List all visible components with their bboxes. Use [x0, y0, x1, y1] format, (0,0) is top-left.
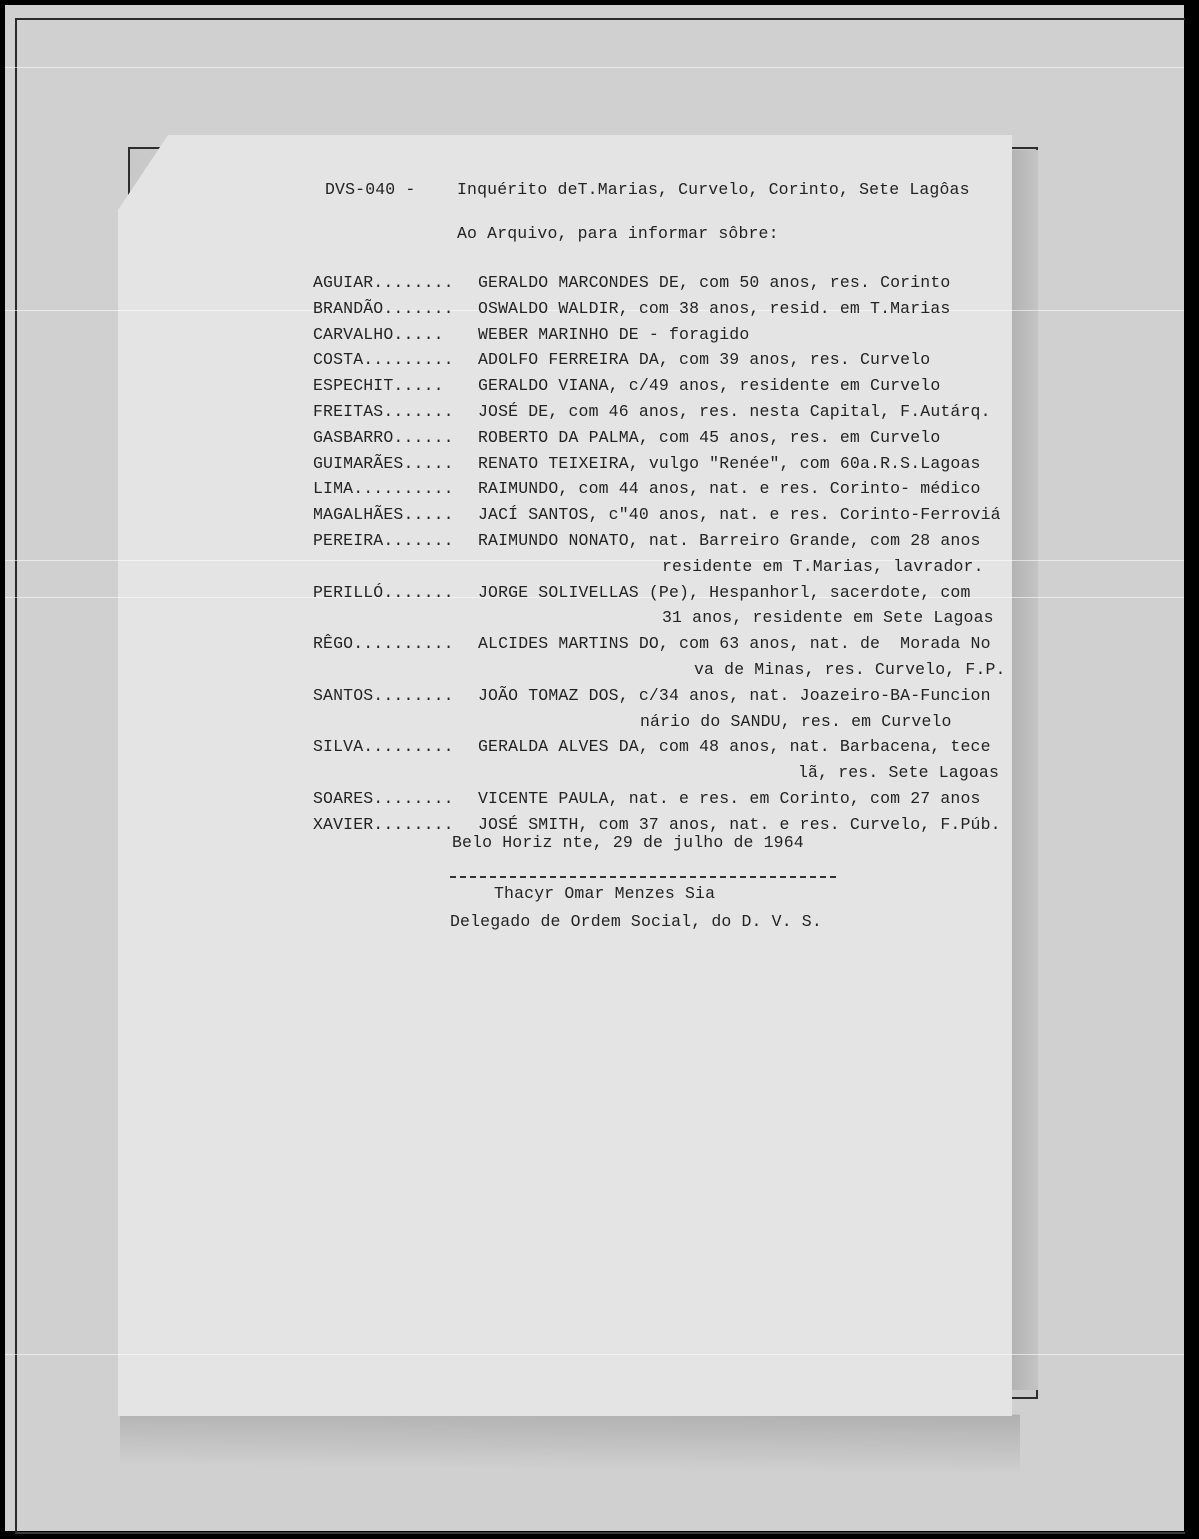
entry-details: RAIMUNDO, com 44 anos, nat. e res. Corin…: [478, 479, 981, 498]
entry-surname: COSTA.........: [313, 350, 454, 369]
document-code: DVS-040 -: [325, 180, 415, 199]
entry-surname: ESPECHIT.....: [313, 376, 444, 395]
entry-details: GERALDA ALVES DA, com 48 anos, nat. Barb…: [478, 737, 991, 756]
entry-details: ADOLFO FERREIRA DA, com 39 anos, res. Cu…: [478, 350, 930, 369]
entry-surname: FREITAS.......: [313, 402, 454, 421]
signer-name: Thacyr Omar Menzes Sia: [494, 884, 715, 903]
entry-surname: RÊGO..........: [313, 634, 454, 653]
entry-details: JOSÉ SMITH, com 37 anos, nat. e res. Cur…: [478, 815, 1001, 834]
entry-surname: AGUIAR........: [313, 273, 454, 292]
document-subject: Inquérito deT.Marias, Curvelo, Corinto, …: [457, 180, 970, 199]
entry-details: JACÍ SANTOS, c"40 anos, nat. e res. Cori…: [478, 505, 1001, 524]
entry-surname: LIMA..........: [313, 479, 454, 498]
entry-surname: MAGALHÃES.....: [313, 505, 454, 524]
entry-details: RAIMUNDO NONATO, nat. Barreiro Grande, c…: [478, 531, 981, 550]
entry-surname: GUIMARÃES.....: [313, 454, 454, 473]
entry-details: JORGE SOLIVELLAS (Pe), Hespanhorl, sacer…: [478, 583, 971, 602]
paper-shadow-right: [1010, 150, 1038, 1390]
entry-details: OSWALDO WALDIR, com 38 anos, resid. em T…: [478, 299, 950, 318]
entry-surname: SOARES........: [313, 789, 454, 808]
entry-surname: SILVA.........: [313, 737, 454, 756]
document-instruction: Ao Arquivo, para informar sôbre:: [457, 224, 779, 243]
entry-details-continued: residente em T.Marias, lavrador.: [662, 557, 984, 576]
entry-surname: BRANDÃO.......: [313, 299, 454, 318]
entry-surname: PERILLÓ.......: [313, 583, 454, 602]
place-and-date: Belo Horiz nte, 29 de julho de 1964: [452, 833, 804, 852]
entry-details-continued: nário do SANDU, res. em Curvelo: [640, 712, 952, 731]
entry-details: JOÃO TOMAZ DOS, c/34 anos, nat. Joazeiro…: [478, 686, 991, 705]
entry-details-continued: lã, res. Sete Lagoas: [798, 763, 999, 782]
entry-details: ROBERTO DA PALMA, com 45 anos, res. em C…: [478, 428, 940, 447]
entry-details: GERALDO MARCONDES DE, com 50 anos, res. …: [478, 273, 950, 292]
signature-line: [450, 876, 836, 878]
entry-details: WEBER MARINHO DE - foragido: [478, 325, 749, 344]
entry-details: VICENTE PAULA, nat. e res. em Corinto, c…: [478, 789, 981, 808]
entry-surname: GASBARRO......: [313, 428, 454, 447]
entry-details: RENATO TEIXEIRA, vulgo "Renée", com 60a.…: [478, 454, 981, 473]
entry-details: ALCIDES MARTINS DO, com 63 anos, nat. de…: [478, 634, 991, 653]
entry-details-continued: va de Minas, res. Curvelo, F.P.: [694, 660, 1006, 679]
entry-details: GERALDO VIANA, c/49 anos, residente em C…: [478, 376, 940, 395]
entry-surname: XAVIER........: [313, 815, 454, 834]
entry-details: JOSÉ DE, com 46 anos, res. nesta Capital…: [478, 402, 991, 421]
entry-surname: CARVALHO.....: [313, 325, 444, 344]
entry-surname: PEREIRA.......: [313, 531, 454, 550]
scan-artifact: [5, 67, 1184, 68]
scan-artifact: [5, 1354, 1184, 1355]
entry-surname: SANTOS........: [313, 686, 454, 705]
signer-title: Delegado de Ordem Social, do D. V. S.: [450, 912, 822, 931]
scan-artifact: [5, 560, 1184, 561]
entry-details-continued: 31 anos, residente em Sete Lagoas: [662, 608, 994, 627]
